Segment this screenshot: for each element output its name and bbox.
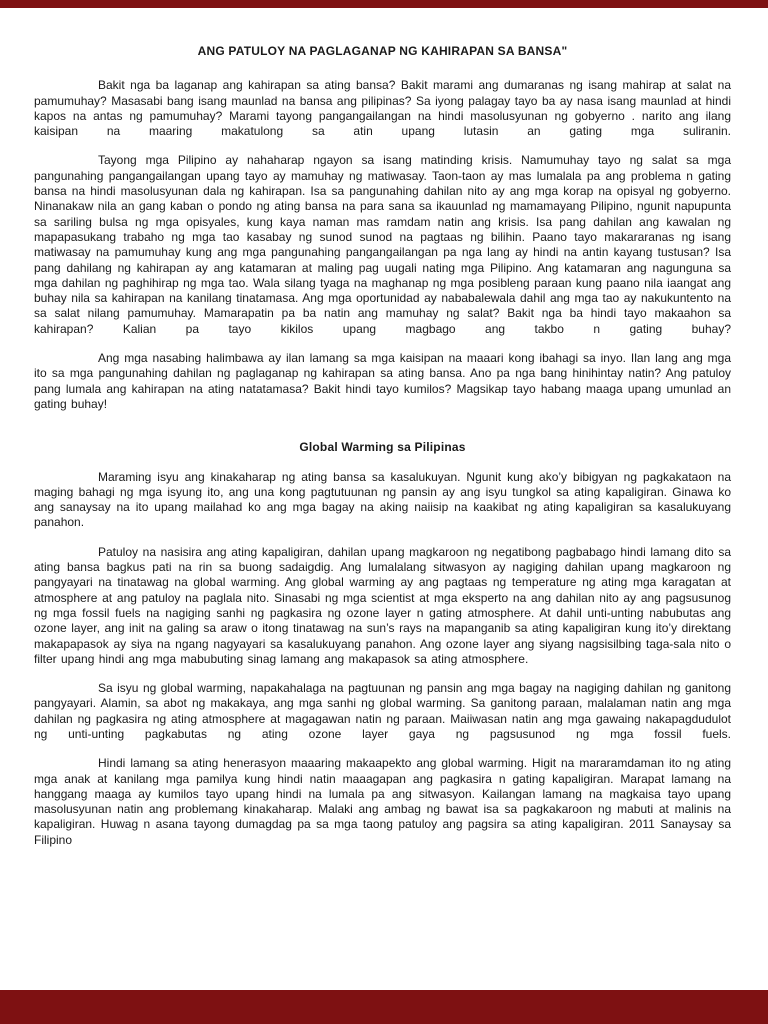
essay1-paragraph-2: Tayong mga Pilipino ay nahaharap ngayon … bbox=[34, 153, 731, 337]
essay2-paragraph-4: Hindi lamang sa ating henerasyon maaarin… bbox=[34, 756, 731, 848]
viewer-top-bar bbox=[0, 0, 768, 8]
essay2-paragraph-1: Maraming isyu ang kinakaharap ng ating b… bbox=[34, 470, 731, 531]
essay-title-global-warming: Global Warming sa Pilipinas bbox=[34, 440, 731, 455]
document-viewer: ANG PATULOY NA PAGLAGANAP NG KAHIRAPAN S… bbox=[0, 0, 768, 1024]
viewer-bottom-bar bbox=[0, 990, 768, 1024]
essay1-paragraph-3: Ang mga nasabing halimbawa ay ilan laman… bbox=[34, 351, 731, 412]
document-page: ANG PATULOY NA PAGLAGANAP NG KAHIRAPAN S… bbox=[0, 8, 768, 990]
essay-title-kahirapan: ANG PATULOY NA PAGLAGANAP NG KAHIRAPAN S… bbox=[34, 44, 731, 59]
essay2-paragraph-2: Patuloy na nasisira ang ating kapaligira… bbox=[34, 545, 731, 667]
essay2-paragraph-3: Sa isyu ng global warming, napakahalaga … bbox=[34, 681, 731, 742]
essay1-paragraph-1: Bakit nga ba laganap ang kahirapan sa at… bbox=[34, 78, 731, 139]
